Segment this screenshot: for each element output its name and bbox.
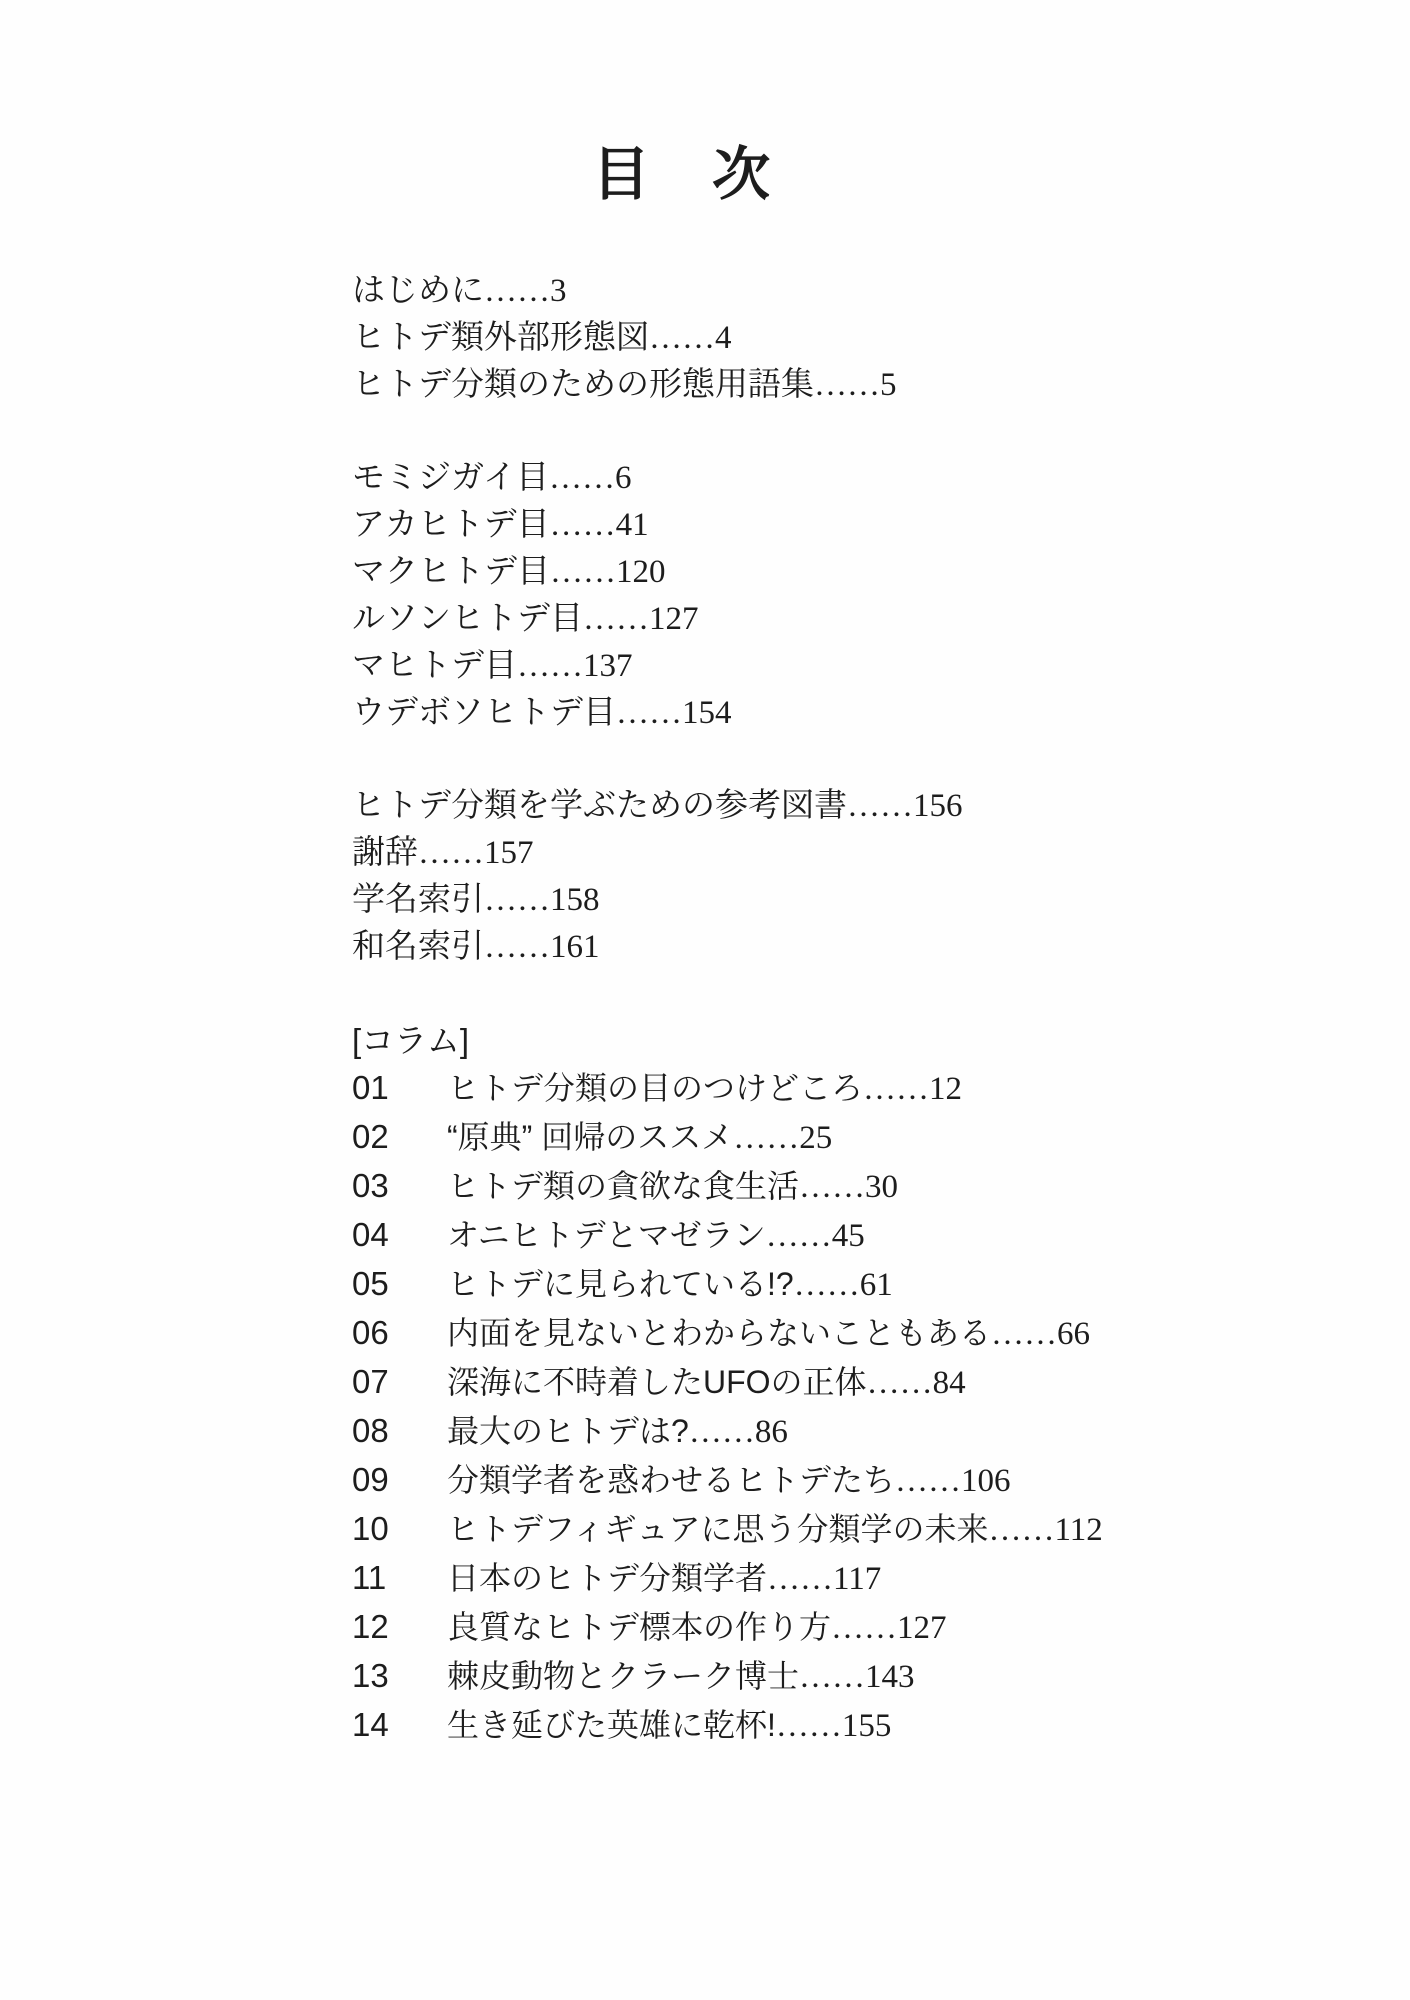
toc-entry: アカヒトデ目……41 (352, 502, 1012, 549)
toc-entry: ヒトデ類外部形態図……4 (352, 315, 1012, 362)
entry-title: ヒトデ類外部形態図 (352, 320, 649, 356)
column-entry: 08最大のヒトデは?……86 (352, 1407, 1012, 1456)
column-number: 14 (352, 1701, 447, 1748)
entry-title: ヒトデに見られている!? (447, 1266, 794, 1302)
leader-dots: …… (867, 1365, 933, 1401)
leader-dots: …… (814, 367, 880, 403)
orders-section: モミジガイ目……6 アカヒトデ目……41 マクヒトデ目……120 ルソンヒトデ目… (352, 455, 1012, 737)
column-entry: 13棘皮動物とクラーク博士……143 (352, 1652, 1012, 1701)
entry-title: モミジガイ目 (352, 460, 549, 496)
entry-page: 127 (649, 601, 699, 637)
entry-page: 61 (860, 1267, 893, 1303)
column-number: 01 (352, 1064, 447, 1111)
entry-title: はじめに (352, 273, 484, 309)
entry-page: 156 (913, 788, 963, 824)
entry-page: 66 (1057, 1316, 1090, 1352)
entry-page: 120 (616, 554, 666, 590)
entry-page: 154 (682, 695, 732, 731)
entry-page: 45 (832, 1218, 865, 1254)
toc-entry: 謝辞……157 (352, 830, 1012, 877)
toc-entry: ヒトデ分類を学ぶための参考図書……156 (352, 783, 1012, 830)
column-number: 10 (352, 1505, 447, 1552)
column-entry: 01ヒトデ分類の目のつけどころ……12 (352, 1064, 1012, 1113)
leader-dots: …… (831, 1610, 897, 1646)
entry-page: 161 (550, 929, 600, 965)
column-entry: 06内面を見ないとわからないこともある……66 (352, 1309, 1012, 1358)
column-entry: 07深海に不時着したUFOの正体……84 (352, 1358, 1012, 1407)
toc-entry: マヒトデ目……137 (352, 643, 1012, 690)
leader-dots: …… (418, 835, 484, 871)
entry-page: 137 (583, 648, 633, 684)
page-title: 目 次 (352, 146, 1012, 204)
column-number: 05 (352, 1260, 447, 1307)
column-number: 06 (352, 1309, 447, 1356)
entry-title: アカヒトデ目 (352, 507, 550, 543)
entry-page: 155 (842, 1708, 892, 1744)
column-entry: 04オニヒトデとマゼラン……45 (352, 1211, 1012, 1260)
entry-title: ヒトデフィギュアに思う分類学の未来 (447, 1511, 988, 1547)
leader-dots: …… (616, 695, 682, 731)
column-entry: 10ヒトデフィギュアに思う分類学の未来……112 (352, 1505, 1012, 1554)
entry-title: 棘皮動物とクラーク博士 (447, 1658, 799, 1694)
column-number: 04 (352, 1211, 447, 1258)
column-number: 13 (352, 1652, 447, 1699)
column-number: 03 (352, 1162, 447, 1209)
toc-entry: モミジガイ目……6 (352, 455, 1012, 502)
column-number: 02 (352, 1113, 447, 1160)
leader-dots: …… (517, 648, 583, 684)
entry-title: “原典” 回帰のススメ (447, 1119, 733, 1155)
entry-page: 12 (929, 1071, 962, 1107)
entry-page: 127 (897, 1610, 947, 1646)
leader-dots: …… (794, 1267, 860, 1303)
column-number: 07 (352, 1358, 447, 1405)
entry-title: 分類学者を惑わせるヒトデたち (447, 1462, 895, 1498)
toc-entry: 和名索引……161 (352, 924, 1012, 971)
column-entry: 02“原典” 回帰のススメ……25 (352, 1113, 1012, 1162)
entry-page: 112 (1054, 1512, 1102, 1548)
entry-title: ヒトデ分類の目のつけどころ (447, 1070, 863, 1106)
entry-title: ヒトデ分類のための形態用語集 (352, 367, 814, 403)
leader-dots: …… (895, 1463, 961, 1499)
toc-page: 目 次 はじめに……3 ヒトデ類外部形態図……4 ヒトデ分類のための形態用語集…… (0, 0, 1410, 2000)
toc-entry: ヒトデ分類のための形態用語集……5 (352, 362, 1012, 409)
toc-entry: ウデボソヒトデ目……154 (352, 690, 1012, 737)
entry-title: オニヒトデとマゼラン (447, 1217, 766, 1253)
entry-title: 生き延びた英雄に乾杯! (447, 1707, 776, 1743)
entry-title: 内面を見ないとわからないこともある (447, 1315, 991, 1351)
entry-page: 84 (933, 1365, 966, 1401)
entry-page: 143 (865, 1659, 915, 1695)
leader-dots: …… (583, 601, 649, 637)
leader-dots: …… (863, 1071, 929, 1107)
columns-section: [コラム] 01ヒトデ分類の目のつけどころ……12 02“原典” 回帰のススメ…… (352, 1017, 1012, 1750)
entry-title: ヒトデ分類を学ぶための参考図書 (352, 788, 847, 824)
back-matter-section: ヒトデ分類を学ぶための参考図書……156 謝辞……157 学名索引……158 和… (352, 783, 1012, 971)
entry-title: ルソンヒトデ目 (352, 601, 583, 637)
toc-entry: マクヒトデ目……120 (352, 549, 1012, 596)
entry-title: 深海に不時着したUFOの正体 (447, 1364, 867, 1400)
leader-dots: …… (550, 507, 616, 543)
entry-title: 日本のヒトデ分類学者 (447, 1560, 767, 1596)
entry-title: 謝辞 (352, 835, 418, 871)
leader-dots: …… (776, 1708, 842, 1744)
column-entry: 14生き延びた英雄に乾杯!……155 (352, 1701, 1012, 1750)
entry-page: 86 (755, 1414, 788, 1450)
leader-dots: …… (988, 1512, 1054, 1548)
leader-dots: …… (549, 460, 615, 496)
column-entry: 03ヒトデ類の貪欲な食生活……30 (352, 1162, 1012, 1211)
entry-title: マヒトデ目 (352, 648, 517, 684)
leader-dots: …… (767, 1561, 833, 1597)
entry-title: ウデボソヒトデ目 (352, 695, 616, 731)
column-number: 11 (352, 1554, 447, 1601)
columns-header: [コラム] (352, 1017, 1012, 1064)
leader-dots: …… (550, 554, 616, 590)
entry-title: 学名索引 (352, 882, 484, 918)
column-entry: 05ヒトデに見られている!?……61 (352, 1260, 1012, 1309)
entry-page: 4 (715, 320, 732, 356)
leader-dots: …… (733, 1120, 799, 1156)
entry-page: 30 (865, 1169, 898, 1205)
entry-page: 117 (833, 1561, 881, 1597)
entry-title: 最大のヒトデは? (447, 1413, 689, 1449)
entry-page: 106 (961, 1463, 1011, 1499)
entry-title: 良質なヒトデ標本の作り方 (447, 1609, 831, 1645)
column-entry: 09分類学者を惑わせるヒトデたち……106 (352, 1456, 1012, 1505)
leader-dots: …… (991, 1316, 1057, 1352)
column-entry: 11日本のヒトデ分類学者……117 (352, 1554, 1012, 1603)
column-number: 12 (352, 1603, 447, 1650)
leader-dots: …… (484, 882, 550, 918)
leader-dots: …… (649, 320, 715, 356)
leader-dots: …… (484, 929, 550, 965)
entry-title: マクヒトデ目 (352, 554, 550, 590)
entry-page: 157 (484, 835, 534, 871)
entry-page: 5 (880, 367, 897, 403)
leader-dots: …… (799, 1169, 865, 1205)
toc-content: 目 次 はじめに……3 ヒトデ類外部形態図……4 ヒトデ分類のための形態用語集…… (352, 146, 1012, 1750)
entry-title: ヒトデ類の貪欲な食生活 (447, 1168, 799, 1204)
column-number: 09 (352, 1456, 447, 1503)
leader-dots: …… (766, 1218, 832, 1254)
entry-page: 158 (550, 882, 600, 918)
leader-dots: …… (847, 788, 913, 824)
entry-page: 25 (799, 1120, 832, 1156)
entry-page: 3 (550, 273, 567, 309)
leader-dots: …… (799, 1659, 865, 1695)
entry-page: 41 (616, 507, 649, 543)
toc-entry: ルソンヒトデ目……127 (352, 596, 1012, 643)
toc-entry: はじめに……3 (352, 268, 1012, 315)
leader-dots: …… (484, 273, 550, 309)
column-number: 08 (352, 1407, 447, 1454)
leader-dots: …… (689, 1414, 755, 1450)
toc-entry: 学名索引……158 (352, 877, 1012, 924)
entry-page: 6 (615, 460, 632, 496)
front-matter-section: はじめに……3 ヒトデ類外部形態図……4 ヒトデ分類のための形態用語集……5 (352, 268, 1012, 409)
column-entry: 12良質なヒトデ標本の作り方……127 (352, 1603, 1012, 1652)
entry-title: 和名索引 (352, 929, 484, 965)
